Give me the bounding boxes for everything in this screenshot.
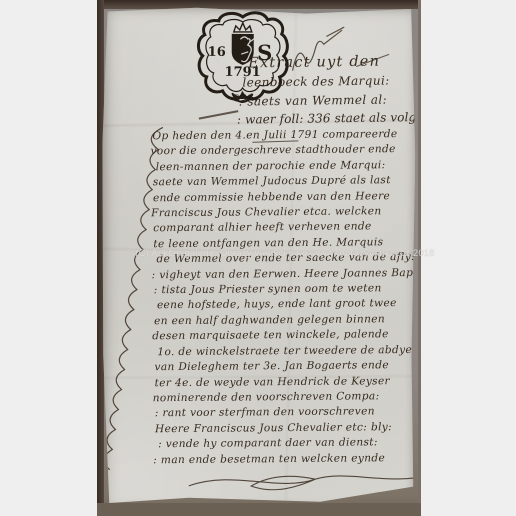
body-line: nominerende den voorschreven Compa: — [153, 389, 419, 407]
body-line: Heere Franciscus Jous Chevalier etc: bly… — [155, 420, 419, 438]
stamp-year: 1791 — [225, 65, 261, 80]
body-line: Franciscus Jous Chevalier etca. welcken — [151, 204, 417, 222]
body-line: saete van Wemmel Judocus Dupré als last — [153, 173, 417, 191]
ink-dash-mark — [199, 110, 239, 119]
stamp-crown-icon — [234, 23, 252, 32]
body-line: van Dieleghem ter 3e. Jan Bogaerts ende — [154, 358, 418, 376]
photo-edge-top — [97, 0, 421, 9]
margin-squiggle-bracket — [141, 126, 166, 476]
closing-flourish — [185, 464, 421, 499]
stamp-footer-text: ROM — [235, 94, 251, 101]
stamp-letter: S — [257, 40, 272, 65]
deed-body-text: Op heden den 4.en Julii 1791 compareerde… — [152, 127, 418, 468]
table-surface — [97, 503, 421, 516]
pen-flourish-mark — [289, 24, 351, 76]
slash-marks — [355, 48, 421, 71]
stamp-shield-icon — [232, 34, 254, 65]
tax-stamp-1791: 16 S 1791 ROM — [195, 10, 291, 106]
watermark-text: (C) Aukční galerie, Obrazy v aukci s r.o… — [120, 248, 450, 259]
stamp-value: 16 — [208, 45, 226, 60]
